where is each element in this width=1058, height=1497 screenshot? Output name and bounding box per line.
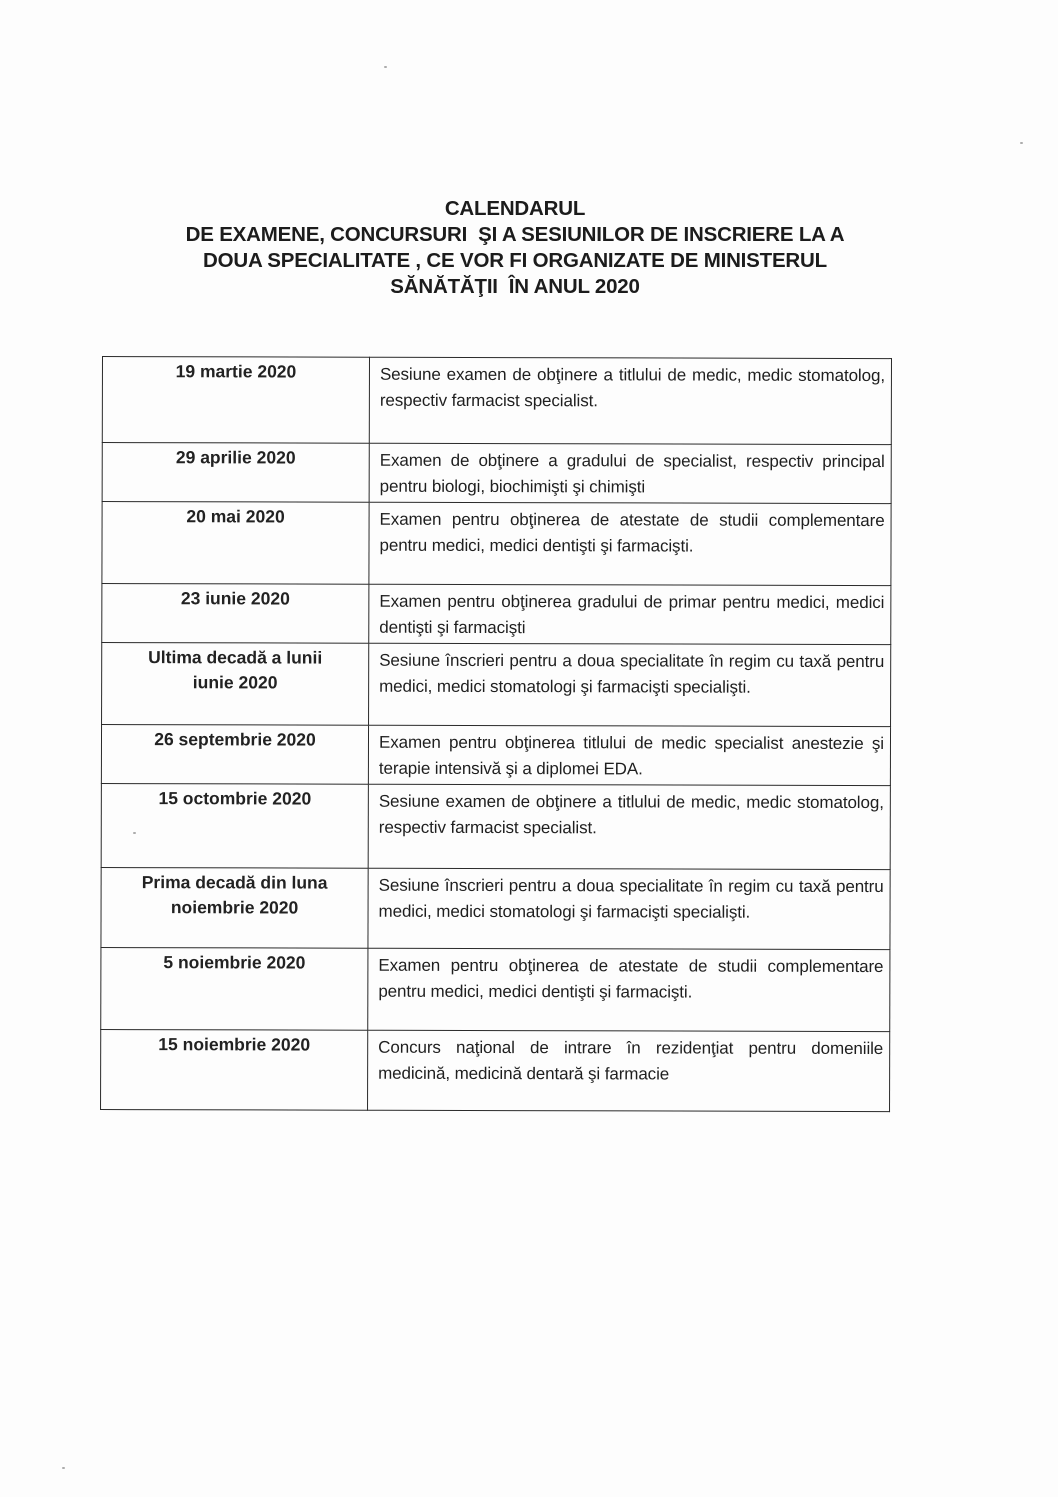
event-description: Concurs naţional de intrare în rezidenţi… [378,1035,883,1088]
description-cell: Examen de obţinere a gradului de special… [369,443,891,503]
event-date: 20 mai 2020 [103,504,369,530]
table-row: 26 septembrie 2020 Examen pentru obţiner… [101,725,890,786]
event-description: Sesiune înscrieri pentru a doua speciali… [379,648,884,701]
date-cell: 15 noiembrie 2020 [101,1029,368,1110]
date-cell: 15 octombrie 2020 [101,783,368,868]
scan-speck [384,66,387,68]
title-line: SĂNĂTĂŢII ÎN ANUL 2020 [100,274,930,300]
description-cell: Sesiune examen de obţinere a titlului de… [368,784,890,869]
title-line: CALENDARUL [100,196,930,222]
schedule-table: 19 martie 2020 Sesiune examen de obţiner… [100,356,892,1112]
date-cell: 23 iunie 2020 [102,584,369,644]
document-title: CALENDARUL DE EXAMENE, CONCURSURI ŞI A S… [100,196,930,300]
date-cell: 26 septembrie 2020 [101,725,368,785]
event-date: Ultima decadă a lunii iunie 2020 [102,645,368,696]
date-cell: Ultima decadă a lunii iunie 2020 [102,643,369,726]
date-cell: Prima decadă din luna noiembrie 2020 [101,867,368,948]
table-row: Prima decadă din luna noiembrie 2020 Ses… [101,867,890,949]
event-description: Sesiune înscrieri pentru a doua speciali… [379,873,884,926]
scan-speck [133,832,136,834]
description-cell: Examen pentru obţinerea titlului de medi… [368,725,890,785]
title-line: DOUA SPECIALITATE , CE VOR FI ORGANIZATE… [100,248,930,274]
table-row: 15 octombrie 2020 Sesiune examen de obţi… [101,783,890,869]
description-cell: Sesiune înscrieri pentru a doua speciali… [369,643,891,726]
event-date: 15 octombrie 2020 [102,786,368,812]
event-description: Examen pentru obţinerea de atestate de s… [379,507,884,560]
event-description: Examen de obţinere a gradului de special… [380,448,885,501]
table-row: 15 noiembrie 2020 Concurs naţional de in… [101,1029,890,1111]
event-date: 29 aprilie 2020 [103,445,369,471]
table-row: 23 iunie 2020 Examen pentru obţinerea gr… [102,584,891,645]
description-cell: Examen pentru obţinerea de atestate de s… [368,948,890,1031]
scanned-page: CALENDARUL DE EXAMENE, CONCURSURI ŞI A S… [0,0,1058,1497]
event-date: 23 iunie 2020 [102,586,368,612]
table-row: 5 noiembrie 2020 Examen pentru obţinerea… [101,947,890,1031]
date-cell: 29 aprilie 2020 [102,443,369,503]
event-description: Sesiune examen de obţinere a titlului de… [379,789,884,842]
scan-speck [1020,142,1023,144]
table-row: 29 aprilie 2020 Examen de obţinere a gra… [102,443,891,504]
description-cell: Examen pentru obţinerea de atestate de s… [369,502,891,585]
description-cell: Examen pentru obţinerea gradului de prim… [369,584,891,644]
event-date: 5 noiembrie 2020 [101,950,367,976]
table-row: Ultima decadă a lunii iunie 2020 Sesiune… [102,643,891,727]
event-description: Sesiune examen de obţinere a titlului de… [380,362,885,415]
description-cell: Sesiune examen de obţinere a titlului de… [369,357,891,444]
event-date: 19 martie 2020 [103,359,369,385]
title-line: DE EXAMENE, CONCURSURI ŞI A SESIUNILOR D… [100,222,930,248]
table-row: 20 mai 2020 Examen pentru obţinerea de a… [102,502,891,586]
description-cell: Concurs naţional de intrare în rezidenţi… [368,1030,890,1111]
description-cell: Sesiune înscrieri pentru a doua speciali… [368,868,890,949]
date-cell: 20 mai 2020 [102,502,369,585]
event-date: 15 noiembrie 2020 [101,1032,367,1058]
date-cell: 19 martie 2020 [102,357,369,444]
scan-speck [62,1467,65,1469]
event-description: Examen pentru obţinerea titlului de medi… [379,730,884,783]
event-description: Examen pentru obţinerea de atestate de s… [378,953,883,1006]
event-date: 26 septembrie 2020 [102,727,368,753]
event-date: Prima decadă din luna noiembrie 2020 [102,870,368,921]
event-description: Examen pentru obţinerea gradului de prim… [379,589,884,642]
table-row: 19 martie 2020 Sesiune examen de obţiner… [102,357,891,445]
date-cell: 5 noiembrie 2020 [101,947,368,1030]
